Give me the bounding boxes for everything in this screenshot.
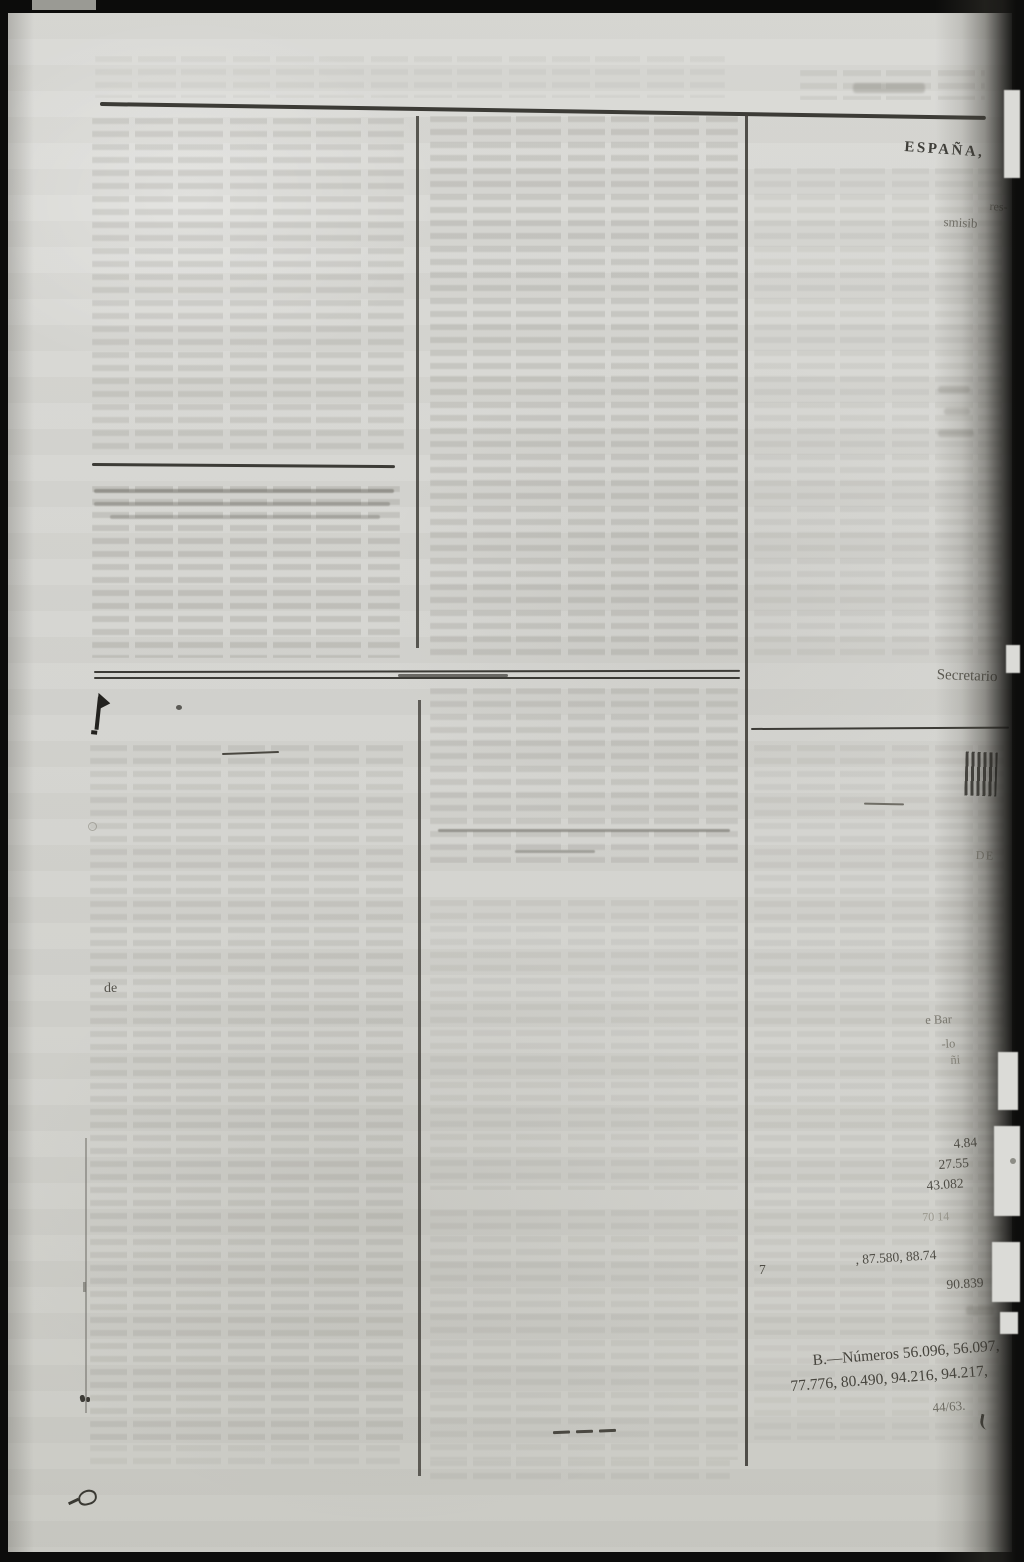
top-edge-sliver	[32, 0, 96, 10]
margin-crease	[85, 1138, 87, 1413]
edge-notch	[992, 1242, 1020, 1302]
faded-column-2-section2-mid	[430, 900, 738, 1190]
column-divider-1-top	[416, 116, 419, 648]
margin-tick	[83, 1282, 86, 1292]
column-divider-2	[745, 114, 748, 1466]
double-rule-overlap	[398, 674, 508, 677]
edge-dot	[1010, 1158, 1016, 1164]
faded-bold-line	[94, 502, 390, 506]
faded-column-2-section2-top	[430, 688, 738, 863]
faded-column-1-section2	[90, 745, 408, 1440]
column-divider-1-bottom	[418, 700, 421, 1476]
left-edge-shade	[8, 13, 34, 1552]
faded-dotted-line	[438, 829, 730, 832]
edge-notch	[1006, 645, 1020, 673]
double-rule-bottom	[94, 677, 740, 679]
faded-bottom-middle	[430, 1460, 730, 1480]
faded-column-2-section2-low	[430, 1210, 738, 1460]
faded-column-1-lower	[92, 486, 400, 658]
figure-seven: 7	[759, 1262, 766, 1278]
edge-notch	[1004, 90, 1020, 178]
faded-column-2-top	[430, 116, 738, 659]
faded-bold-line	[94, 489, 394, 493]
faded-text-above-rule	[95, 56, 725, 98]
faded-dotted-line	[515, 850, 595, 853]
fragment-de-word: de	[104, 981, 117, 997]
edge-notch	[994, 1126, 1020, 1216]
faded-bottom-left	[90, 1445, 400, 1470]
faded-column-1-top	[92, 118, 404, 456]
faded-date-smudge	[853, 83, 925, 93]
faded-bold-line	[110, 515, 380, 519]
edge-notch	[998, 1052, 1018, 1110]
ink-dot	[176, 705, 182, 710]
edge-notch	[1000, 1312, 1018, 1334]
